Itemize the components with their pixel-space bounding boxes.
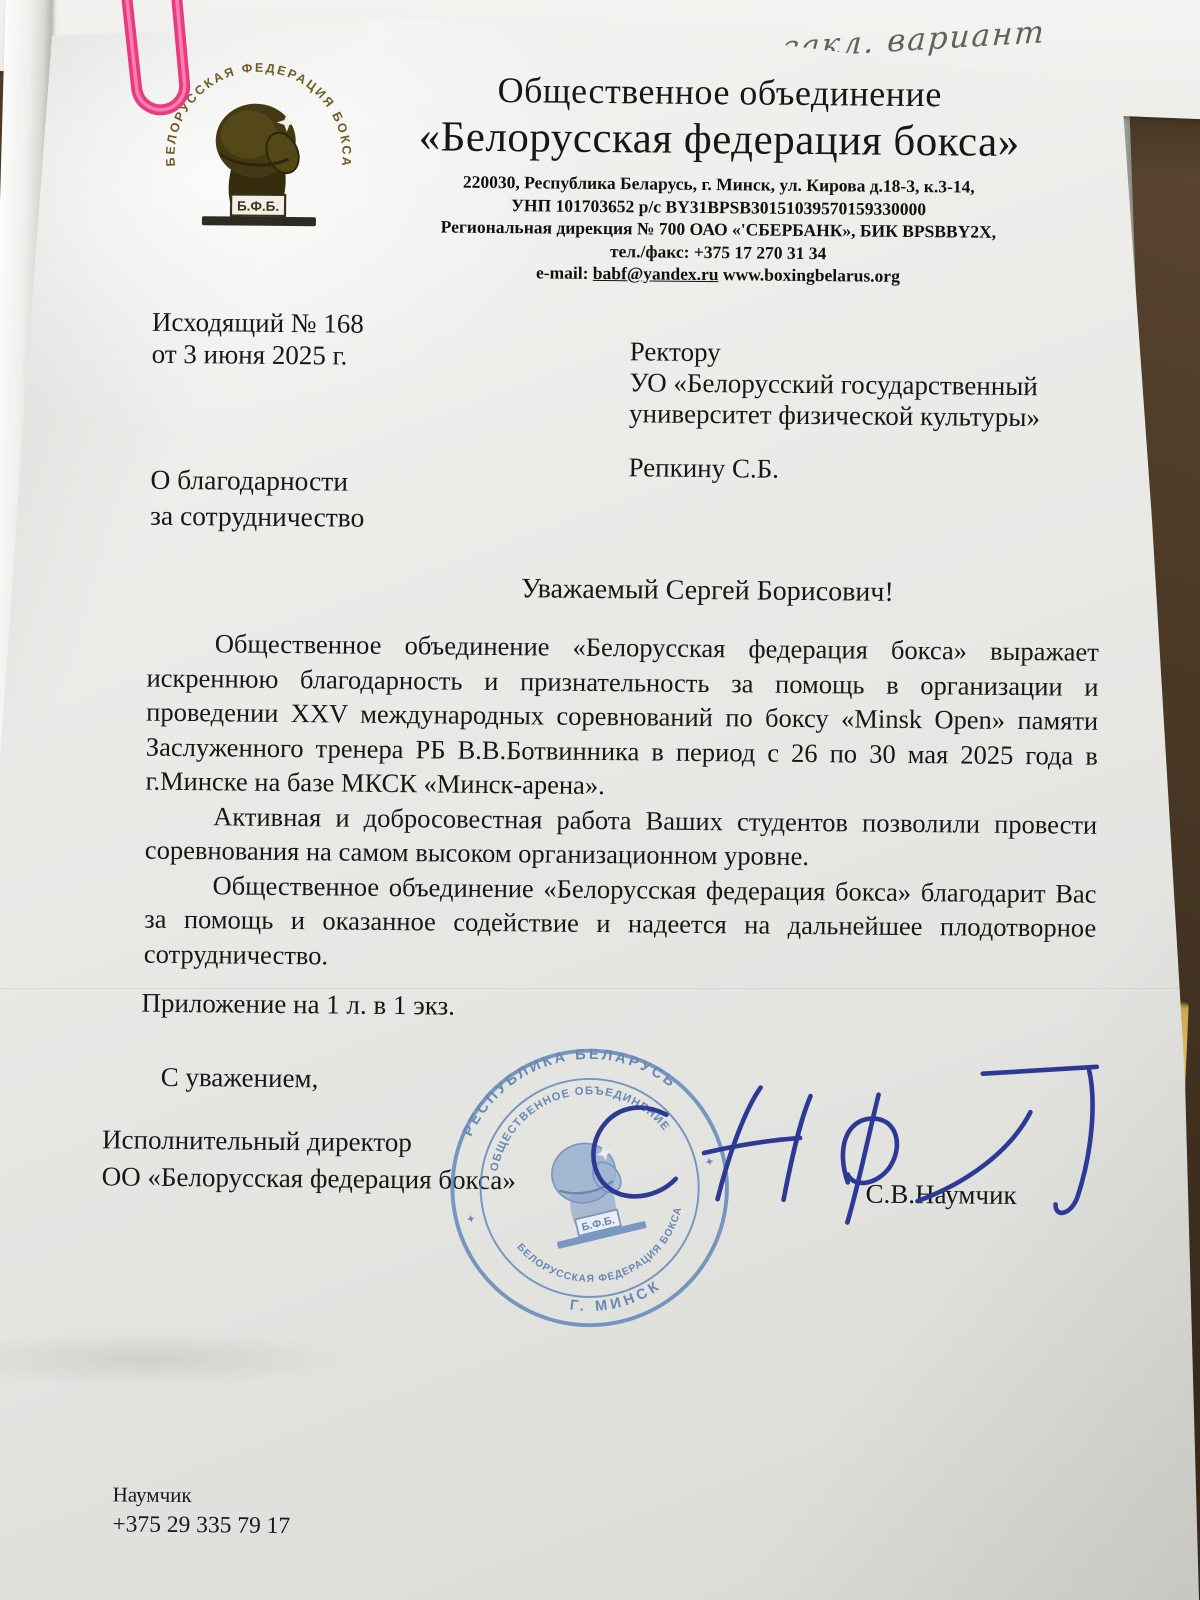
stamp-star-left: ✦ (466, 1213, 476, 1226)
org-type: Общественное объединение (342, 68, 1097, 117)
addressee-position: Ректору (630, 336, 1041, 371)
executor-name: Наумчик (113, 1479, 291, 1511)
boxing-glove-icon: Б.Ф.Б. (202, 103, 317, 226)
subject-line1: О благодарности (150, 462, 365, 500)
letterhead: Общественное объединение «Белорусская фе… (340, 68, 1097, 290)
outgoing-reference: Исходящий № 168 от 3 июня 2025 г. (152, 306, 365, 372)
addressee-org-line1: УО «Белорусский государственный (629, 367, 1040, 402)
outgoing-number: Исходящий № 168 (152, 306, 364, 340)
executor-phone: +375 29 335 79 17 (112, 1509, 290, 1541)
org-name: «Белорусская федерация бокса» (342, 112, 1097, 168)
logo-abbr: Б.Ф.Б. (237, 199, 279, 214)
letterhead-contacts: 220030, Республика Беларусь, г. Минск, у… (340, 170, 1096, 290)
addressee-org-line2: университет физической культуры» (629, 398, 1040, 433)
outgoing-date: от 3 июня 2025 г. (152, 338, 364, 372)
letter-body: Общественное объединение «Белорусская фе… (144, 626, 1099, 980)
salutation: Уважаемый Сергей Борисович! (297, 571, 1117, 611)
email-label: e-mail: (536, 262, 593, 283)
paragraph-2: Активная и добросовестная работа Ваших с… (145, 798, 1098, 876)
letter-content: БЕЛОРУССКАЯ ФЕДЕРАЦИЯ БОКСА Б.Ф.Б. Общес… (0, 0, 1200, 1600)
addressee-block: Ректору УО «Белорусский государственный … (628, 336, 1040, 487)
addressee-name: Репкину С.Б. (628, 452, 1039, 487)
executor-contact: Наумчик +375 29 335 79 17 (112, 1479, 290, 1541)
attachment-note: Приложение на 1 л. в 1 экз. (141, 988, 455, 1022)
subject-block: О благодарности за сотрудничество (150, 462, 365, 536)
letter-sheet: БЕЛОРУССКАЯ ФЕДЕРАЦИЯ БОКСА Б.Ф.Б. Общес… (0, 0, 1200, 1600)
paragraph-1: Общественное объединение «Белорусская фе… (145, 626, 1099, 808)
subject-line2: за сотрудничество (150, 498, 365, 536)
photo-of-letter: закл. вариант БЕЛОРУССКАЯ ФЕДЕРАЦИЯ БОКС… (0, 0, 1200, 1600)
paperclip (96, 0, 215, 163)
closing-phrase: С уважением, (161, 1062, 319, 1095)
paragraph-3: Общественное объединение «Белорусская фе… (144, 867, 1097, 980)
ink-signature (547, 1030, 1109, 1275)
website-address: www.boxingbelarus.org (718, 264, 900, 286)
email-address: babf@yandex.ru (593, 263, 719, 284)
